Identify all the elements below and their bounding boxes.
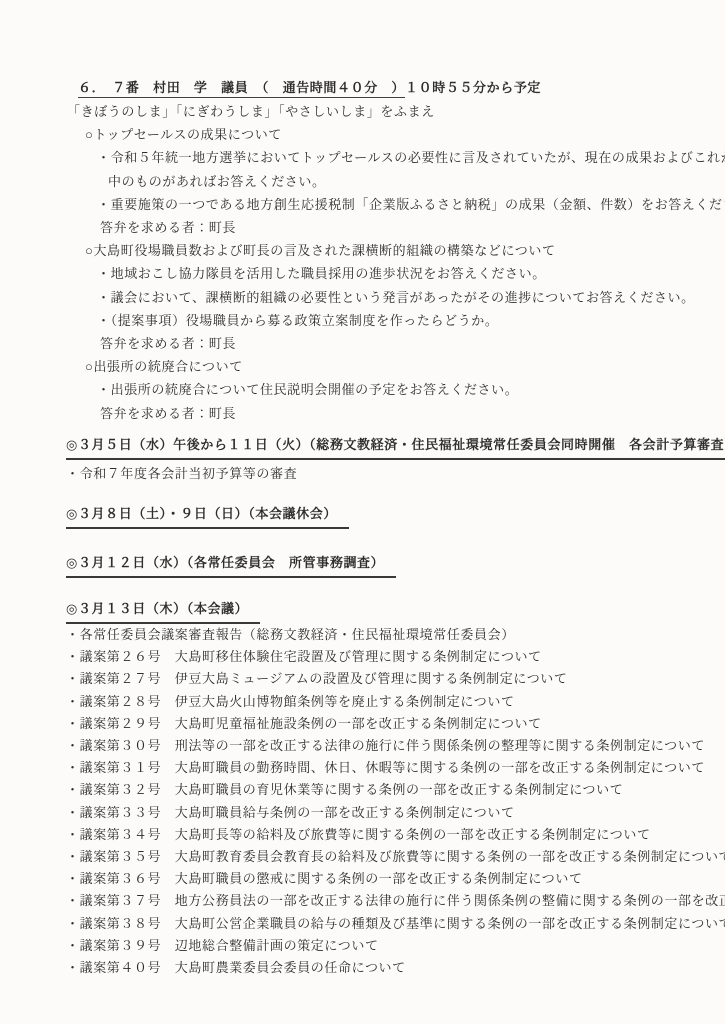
question-line-bullet: ・地域おこし協力隊員を活用した職員採用の進歩状況をお答えください。 — [97, 262, 725, 285]
schedule-date-heading: ◎３月５日（水）午後から１１日（火）（総務文教経済・住民福祉環境常任委員会同時開… — [66, 433, 725, 460]
question-heading-start-time: １０時５５分から予定 — [405, 80, 541, 95]
agenda-item: ・議案第２９号 大島町児童福祉施設条例の一部を改正する条例制定について — [66, 713, 725, 735]
agenda-item: ・議案第３２号 大島町職員の育児休業等に関する条例の一部を改正する条例制定につい… — [66, 779, 725, 801]
schedule-sections: ◎３月５日（水）午後から１１日（火）（総務文教経済・住民福祉環境常任委員会同時開… — [0, 433, 725, 979]
question-lines: ○トップセールスの成果について・令和５年統一地方選挙においてトップセールスの必要… — [0, 123, 725, 425]
question-line-circle: ○大島町役場職員数および町長の言及された課横断的組織の構築などについて — [85, 239, 725, 262]
question-preface: 「きぼうのしま」「にぎわうしま」「やさしいしま」をふまえ — [67, 100, 725, 123]
schedule-section: ◎３月８日（土）・９日（日）（本会議休会） — [0, 502, 725, 529]
question-line-answer: 答弁を求める者：町長 — [100, 216, 725, 239]
question-line-answer: 答弁を求める者：町長 — [100, 402, 725, 425]
schedule-date-heading: ◎３月１３日（木）（本会議） — [66, 597, 725, 624]
schedule-section: ◎３月１２日（水）（各常任委員会 所管事務調査） — [0, 551, 725, 578]
question-line-cont: 中のものがあればお答えください。 — [108, 170, 725, 193]
scanned-agenda-page: ６． ７番 村田 学 議員 （ 通告時間４０分 ）１０時５５分から予定 「きぼう… — [0, 0, 725, 1024]
question-line-bullet: ・出張所の統廃合について住民説明会開催の予定をお答えください。 — [97, 378, 725, 401]
agenda-item: ・議案第３１号 大島町職員の勤務時間、休日、休暇等に関する条例の一部を改正する条… — [66, 757, 725, 779]
schedule-section: ◎３月５日（水）午後から１１日（火）（総務文教経済・住民福祉環境常任委員会同時開… — [0, 433, 725, 485]
question-line-circle: ○出張所の統廃合について — [85, 355, 725, 378]
question-line-answer: 答弁を求める者：町長 — [100, 332, 725, 355]
agenda-item: ・議案第３４号 大島町長等の給料及び旅費等に関する条例の一部を改正する条例制定に… — [66, 824, 725, 846]
question-heading: ６． ７番 村田 学 議員 （ 通告時間４０分 ）１０時５５分から予定 — [78, 76, 725, 99]
question-line-bullet: ・重要施策の一つである地方創生応援税制「企業版ふるさと納税」の成果（金額、件数）… — [97, 193, 725, 216]
agenda-item: ・議案第３８号 大島町公営企業職員の給与の種類及び基準に関する条例の一部を改正す… — [66, 913, 725, 935]
agenda-item: ・議案第２８号 伊豆大島火山博物館条例等を廃止する条例制定について — [66, 691, 725, 713]
agenda-item: ・議案第３０号 刑法等の一部を改正する法律の施行に伴う関係条例の整理等に関する条… — [66, 735, 725, 757]
schedule-date-heading-text: ◎３月１３日（木）（本会議） — [66, 597, 260, 624]
agenda-item: ・議案第３６号 大島町職員の懲戒に関する条例の一部を改正する条例制定について — [66, 868, 725, 890]
schedule-date-heading: ◎３月１２日（水）（各常任委員会 所管事務調査） — [66, 551, 725, 578]
question-line-bullet: ・議会において、課横断的組織の必要性という発言があったがその進捗についてお答えく… — [97, 286, 725, 309]
schedule-date-heading: ◎３月８日（土）・９日（日）（本会議休会） — [66, 502, 725, 529]
question-heading-member: ６． ７番 村田 学 議員 （ 通告時間４０分 ） — [78, 80, 405, 98]
agenda-item: ・議案第４０号 大島町農業委員会委員の任命について — [66, 957, 725, 979]
schedule-date-heading-text: ◎３月５日（水）午後から１１日（火）（総務文教経済・住民福祉環境常任委員会同時開… — [66, 433, 725, 460]
agenda-item: ・議案第２６号 大島町移住体験住宅設置及び管理に関する条例制定について — [66, 646, 725, 668]
schedule-date-heading-text: ◎３月８日（土）・９日（日）（本会議休会） — [66, 502, 349, 529]
agenda-item: ・議案第３５号 大島町教育委員会教育長の給料及び旅費等に関する条例の一部を改正す… — [66, 846, 725, 868]
agenda-item: ・各常任委員会議案審査報告（総務文教経済・住民福祉環境常任委員会） — [66, 624, 725, 646]
question-line-circle: ○トップセールスの成果について — [85, 123, 725, 146]
agenda-item: ・議案第３９号 辺地総合整備計画の策定について — [66, 935, 725, 957]
question-line-bullet: ・令和５年統一地方選挙においてトップセールスの必要性に言及されていたが、現在の成… — [97, 146, 725, 169]
agenda-item: ・議案第３３号 大島町職員給与条例の一部を改正する条例制定について — [66, 802, 725, 824]
agenda-item: ・議案第２７号 伊豆大島ミュージアムの設置及び管理に関する条例制定について — [66, 668, 725, 690]
question-line-bullet: ・（提案事項）役場職員から募る政策立案制度を作ったらどうか。 — [97, 309, 725, 332]
schedule-date-heading-text: ◎３月１２日（水）（各常任委員会 所管事務調査） — [66, 551, 396, 578]
schedule-section: ◎３月１３日（木）（本会議）・各常任委員会議案審査報告（総務文教経済・住民福祉環… — [0, 597, 725, 979]
agenda-item: ・令和７年度各会計当初予算等の審査 — [66, 463, 725, 485]
agenda-item: ・議案第３７号 地方公務員法の一部を改正する法律の施行に伴う関係条例の整備に関す… — [66, 890, 725, 912]
